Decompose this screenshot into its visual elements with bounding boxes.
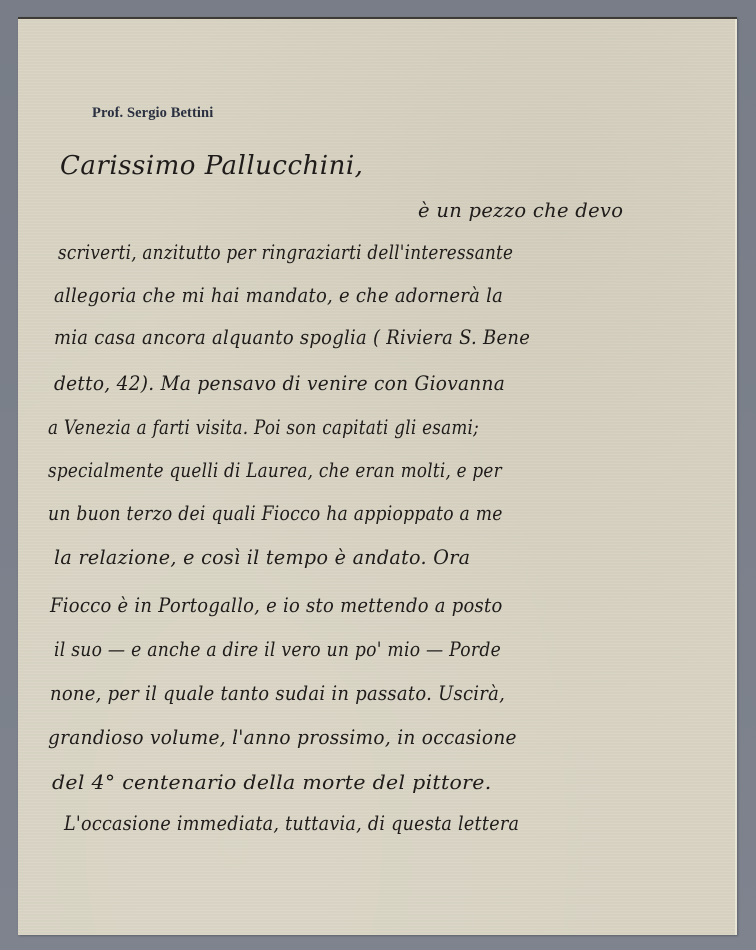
- letter-paper: Prof. Sergio Bettini Carissimo Pallucchi…: [18, 17, 737, 935]
- letter-line-8: un buon terzo dei quali Fiocco ha appiop…: [48, 502, 503, 525]
- letter-line-4: mia casa ancora alquanto spoglia ( Rivie…: [54, 326, 530, 349]
- letterhead: Prof. Sergio Bettini: [92, 105, 213, 122]
- letter-line-10: Fiocco è in Portogallo, e io sto mettend…: [50, 594, 503, 617]
- letter-line-12: none, per il quale tanto sudai in passat…: [50, 682, 505, 705]
- letter-line-1: è un pezzo che devo: [418, 199, 623, 222]
- letter-line-15: L'occasione immediata, tuttavia, di ques…: [64, 812, 519, 835]
- letter-line-5: detto, 42). Ma pensavo di venire con Gio…: [54, 372, 505, 395]
- letter-line-3: allegoria che mi hai mandato, e che ador…: [54, 284, 503, 307]
- letter-line-7: specialmente quelli di Laurea, che eran …: [48, 459, 502, 482]
- letter-line-13: grandioso volume, l'anno prossimo, in oc…: [48, 726, 517, 749]
- letter-line-14: del 4° centenario della morte del pittor…: [52, 771, 492, 794]
- letter-line-6: a Venezia a farti visita. Poi son capita…: [48, 416, 479, 439]
- letter-line-2: scriverti, anzitutto per ringraziarti de…: [58, 241, 513, 264]
- salutation: Carissimo Pallucchini,: [60, 151, 363, 181]
- letter-line-9: la relazione, e così il tempo è andato. …: [54, 546, 470, 569]
- letter-line-11: il suo — e anche a dire il vero un po' m…: [54, 638, 501, 661]
